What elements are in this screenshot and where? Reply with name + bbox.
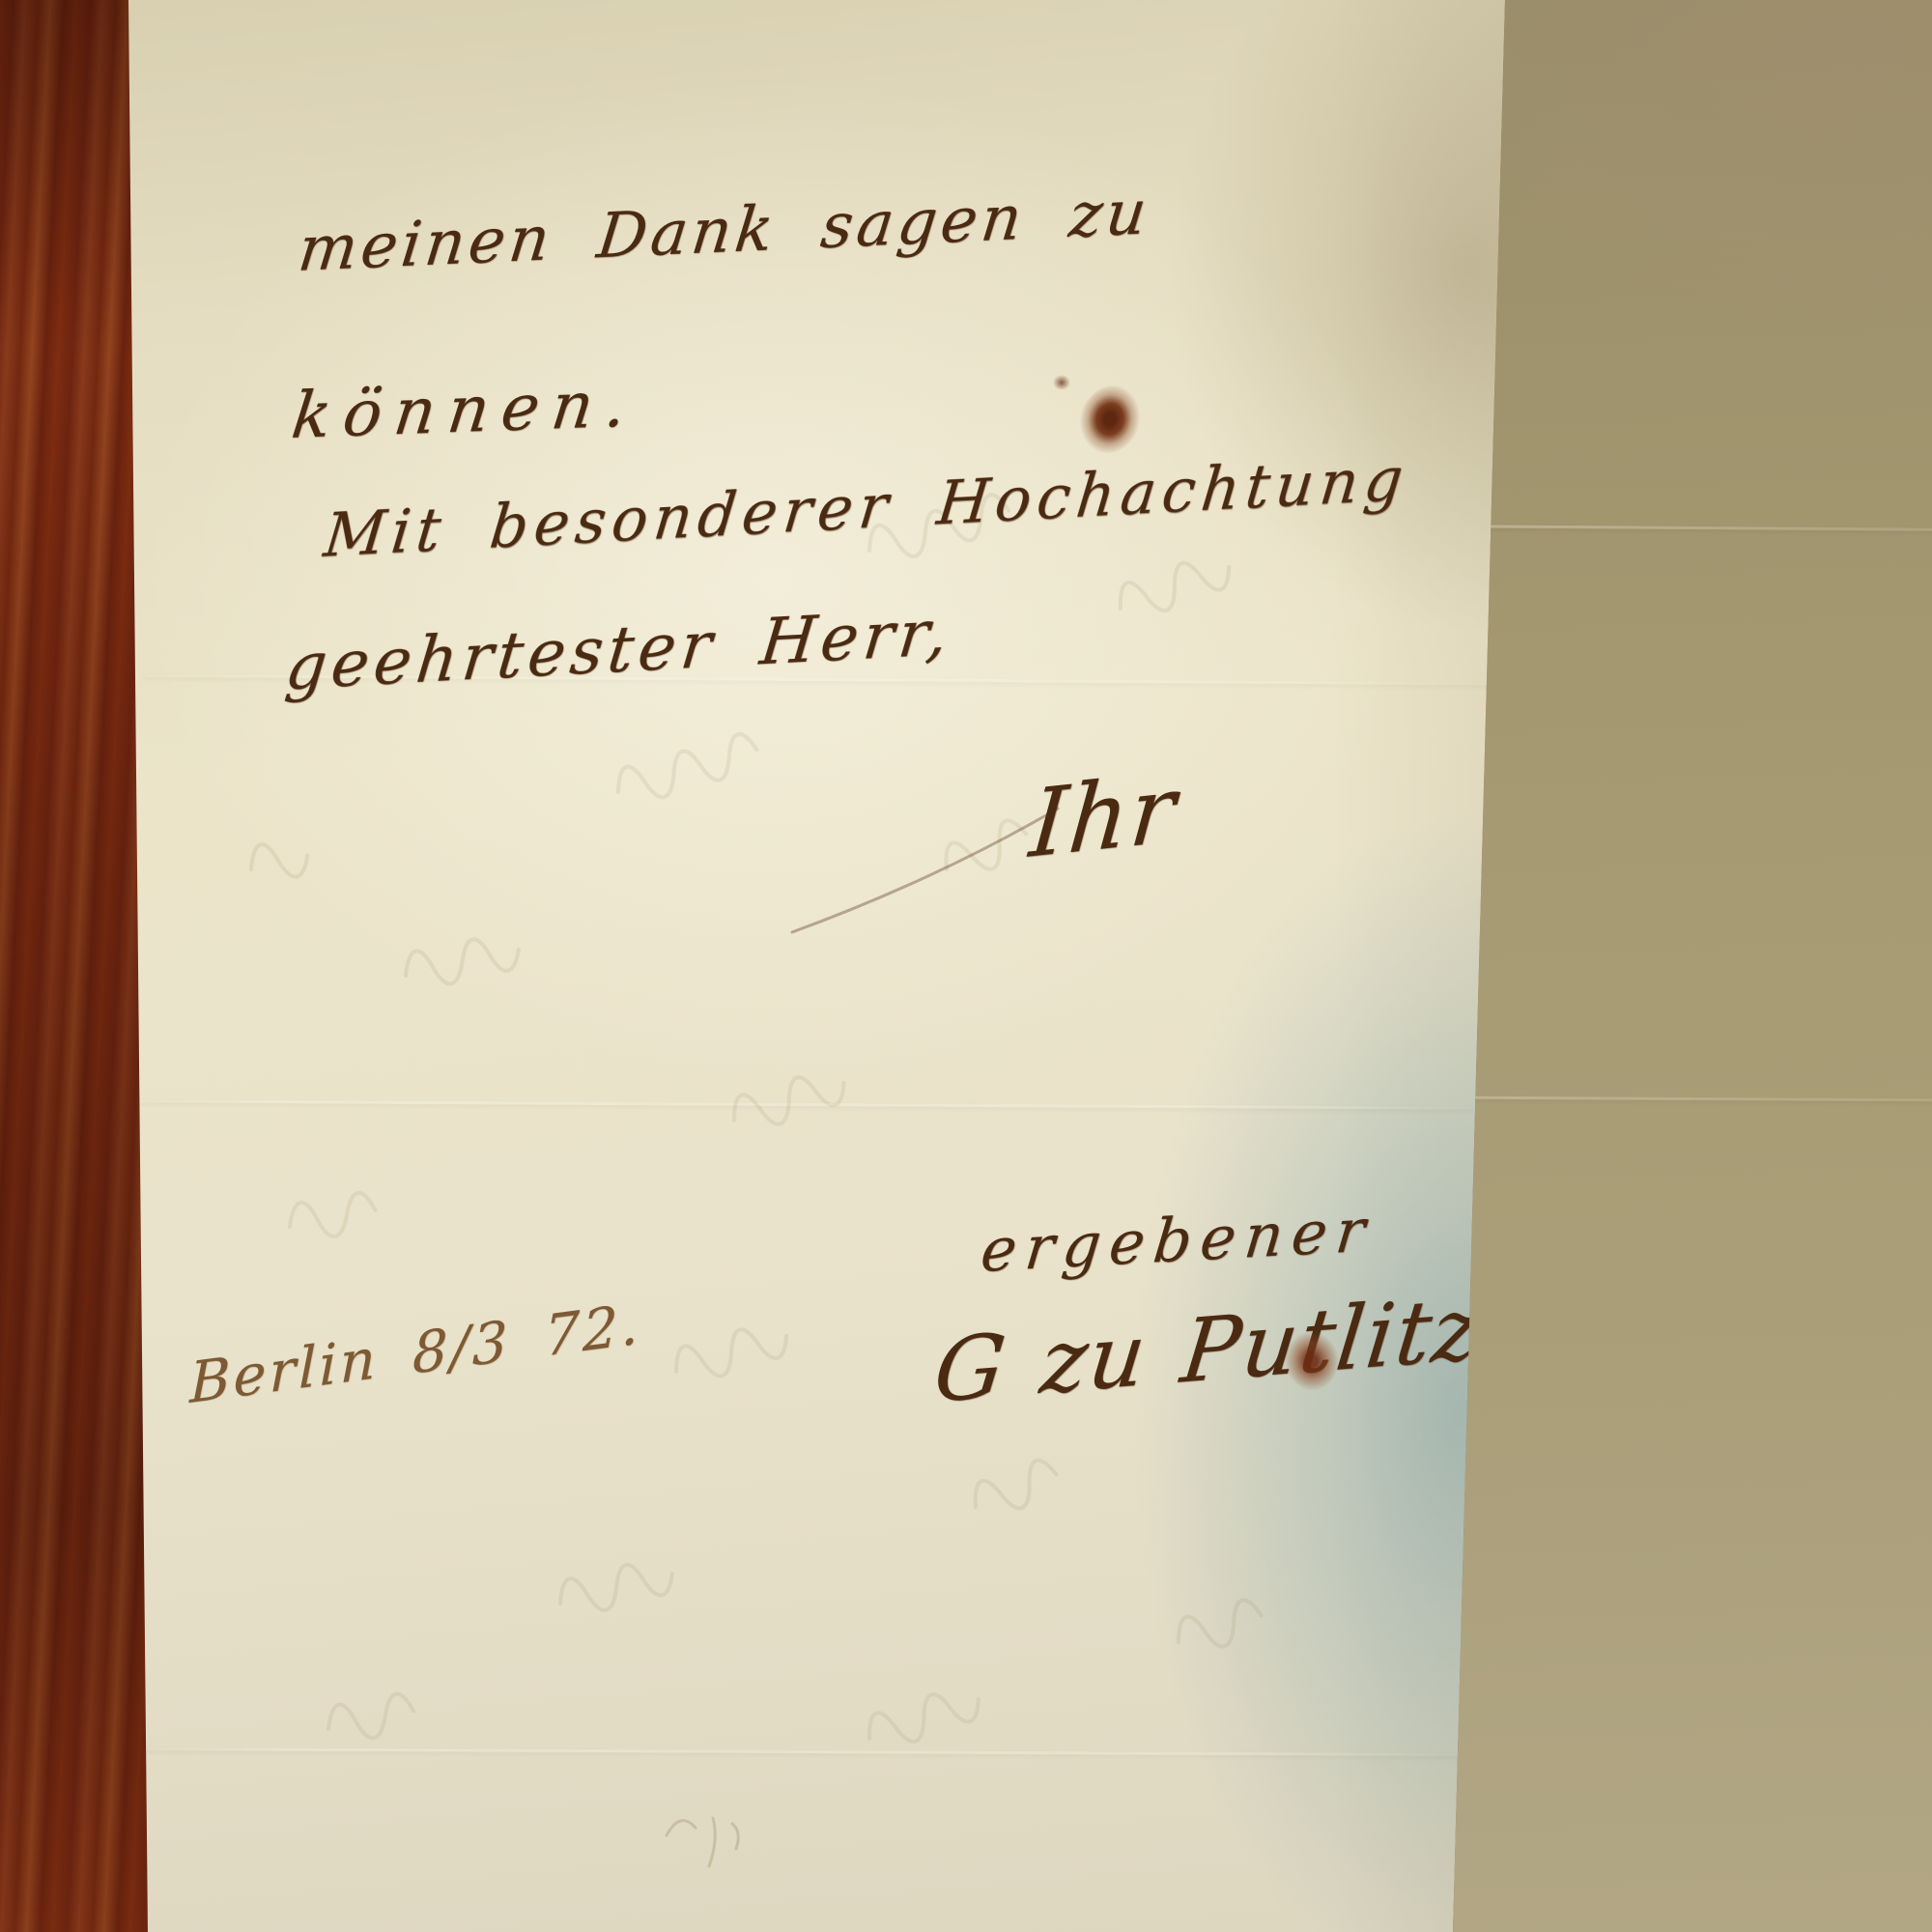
letter-line-1: meinen Dank sagen zu: [295, 177, 1153, 286]
paper-fold-crease: [145, 1747, 1468, 1756]
letter-dateline: Berlin 8/3 72.: [189, 1291, 641, 1416]
photograph-of-handwritten-letter: meinen Dank sagen zu können. Mit besonde…: [0, 0, 1932, 1932]
letter-line-2: können.: [288, 366, 643, 453]
letter-signature: G zu Putlitz: [929, 1277, 1487, 1423]
ink-blot-speck: [1053, 375, 1070, 390]
letter-closing-word: ergebener: [978, 1194, 1378, 1286]
letter-line-4: geehrtester Herr,: [282, 594, 956, 704]
ink-blot: [1073, 379, 1147, 459]
paper-fold-crease: [140, 1099, 1473, 1109]
letter-line-3: Mit besonderer Hochachtung: [321, 443, 1412, 571]
letter-valediction: Ihr: [1026, 753, 1181, 879]
